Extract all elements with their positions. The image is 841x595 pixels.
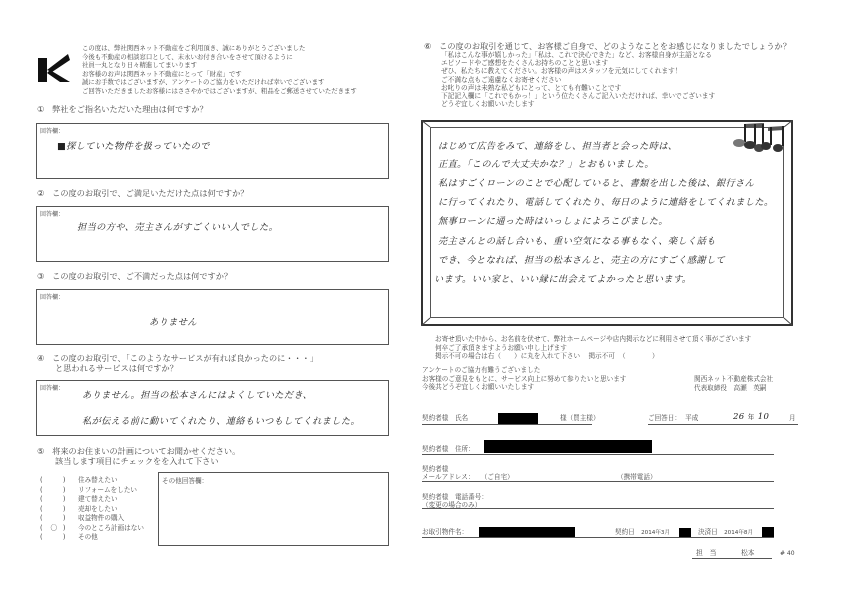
- question-text: 将来のお住まいの計画についてお聞かせください。: [52, 446, 240, 456]
- redacted-contract-day: [679, 528, 691, 537]
- question-text: この度のお取引で、ご不満だった点は何ですか？: [52, 271, 232, 281]
- optout-label: 掲示不可: [588, 352, 614, 360]
- reply-date-label: ご回答日：: [648, 414, 681, 422]
- year-unit: 年: [748, 413, 755, 421]
- option-checkbox[interactable]: ( 〇 ): [40, 522, 78, 532]
- company-logo-icon: [38, 52, 70, 82]
- intro-line: 誠にお手数ではございますが、アンケートのご協力をいただければ幸いでございます: [82, 78, 357, 87]
- question-6-body: 「私はこんな事が嬉しかった」「私は、これで決心できた」など、お客様自身が主語とな…: [441, 51, 715, 108]
- handwritten-answer: 私が伝える前に動いてくれたり、連絡もいつもしてくれました。: [82, 413, 360, 427]
- redacted-settlement-day: [762, 527, 774, 537]
- thanks-line: お客様のご意見をもとに、サービス向上に努めて参りたいと思います: [422, 375, 626, 384]
- plan-option[interactable]: ( )建て替えたい: [40, 493, 118, 503]
- intro-text: この度は、弊社関西ネット不動産をご利用頂き、誠にありがとうございました 今後も不…: [82, 44, 357, 96]
- answer-box-3[interactable]: 回答欄： ありません: [36, 289, 389, 345]
- redacted-name: [498, 413, 538, 424]
- settlement-date-value: 2014年8月: [724, 530, 753, 536]
- optout-checkbox[interactable]: （ ）: [619, 352, 659, 360]
- question-number: ①: [37, 104, 44, 114]
- name-underline: [422, 424, 592, 425]
- handwritten-answer: ありません: [149, 314, 197, 328]
- staff-underline: [692, 558, 772, 559]
- name-label: 契約者様 氏名: [422, 414, 468, 423]
- answer-label: 回答欄：: [40, 126, 64, 135]
- handwritten-line: 売主さんとの話し合いも、重い空気になる事もなく、楽しく話も: [438, 233, 716, 247]
- thanks-text: アンケートのご協力有難うございました お客様のご意見をもとに、サービス向上に努め…: [422, 366, 626, 392]
- redacted-address: [484, 440, 652, 453]
- plan-option[interactable]: ( )収益物件の購入: [40, 512, 124, 522]
- question-text: この度のお取引で、「このようなサービスが有れば良かったのに・・・」: [52, 353, 318, 363]
- handwritten-line: 私はすごくローンのことで心配していると、書類を出した後は、銀行さん: [438, 175, 754, 189]
- q6-line: ご不満な点もご遠慮なくお寄せください: [441, 76, 715, 84]
- era: 平成: [685, 414, 698, 422]
- answer-box-1[interactable]: 回答欄： ■探していた物件を扱っていたので: [36, 123, 389, 179]
- question-number: ②: [37, 188, 44, 198]
- address-underline: [422, 454, 774, 455]
- handwritten-line: 無事ローンに通った時はいっしょによろこびました。: [438, 213, 668, 227]
- handwritten-line: 正直。「このんで大丈夫かな？」とおもいました。: [438, 156, 654, 170]
- permission-line: 何卒ご了承頂きますようお願い申し上げます: [435, 344, 751, 353]
- answer-label: 回答欄：: [40, 383, 64, 392]
- other-answer-label: その他回答欄：: [162, 475, 208, 485]
- answer-box-2[interactable]: 回答欄： 担当の方や、売主さんがすごくいい人でした。: [36, 206, 389, 262]
- date-underline: [648, 424, 798, 425]
- handwritten-line: でき、今となれば、担当の松本さんと、売主の方にすごく感謝して: [438, 252, 725, 266]
- q6-line: お叱りの声は未熟な私どもにとって、とても有難いことです: [441, 84, 715, 92]
- company-signature: 関西ネット不動産株式会社 代表取締役 高瀬 英嗣: [694, 375, 773, 392]
- plan-option[interactable]: ( )売却をしたい: [40, 503, 118, 513]
- redacted-property: [479, 527, 575, 537]
- question-number: ⑥: [424, 41, 431, 51]
- handwritten-answer: ■探していた物件を扱っていたので: [57, 138, 210, 152]
- handwritten-line: います。いい家と、いい縁に出会えてよかったと思います。: [434, 271, 691, 285]
- other-answer-box[interactable]: その他回答欄：: [158, 472, 389, 546]
- q6-line: どうぞ宜しくお願いいたします: [441, 100, 715, 108]
- intro-line: この度は、弊社関西ネット不動産をご利用頂き、誠にありがとうございました: [82, 44, 357, 53]
- phone-label-1: 契約者様 電話番号：: [422, 493, 488, 501]
- question-number: ④: [37, 353, 44, 363]
- permission-line: お寄せ頂いた中から、お名前を伏せて、弊社ホームページや店内掲示などに利用させて頂…: [435, 335, 751, 344]
- settlement-label: 決済日: [698, 528, 718, 536]
- email-label: 契約者様 メールアドレス： （ご自宅）: [422, 465, 514, 481]
- question-text: この度のお取引で、ご満足いただけた点は何ですか？: [52, 188, 248, 198]
- q6-line: 下記記入欄に「これでもかっ！」という位たくさんご記入いただければ、幸いでございま…: [441, 92, 715, 100]
- question-3: ③ この度のお取引で、ご不満だった点は何ですか？: [37, 271, 232, 281]
- property-underline: [422, 537, 774, 538]
- question-number: ③: [37, 271, 44, 281]
- name-suffix: 様（買主様）: [560, 414, 600, 423]
- question-4: ④ この度のお取引で、「このようなサービスが有れば良かったのに・・・」: [37, 353, 318, 363]
- thanks-line: アンケートのご協力有難うございました: [422, 366, 626, 375]
- plan-option[interactable]: ( )その他: [40, 531, 98, 541]
- question-text-cont: 該当します項目にチェックをを入れて下さい: [55, 456, 219, 466]
- circle-check-icon: 〇: [47, 522, 61, 532]
- representative-name: 代表取締役 高瀬 英嗣: [694, 384, 773, 393]
- reply-date-value[interactable]: 26 年 10: [733, 412, 769, 422]
- intro-line: 今後も不動産の相談窓口として、末永いお付き合いをさせて頂けるように: [82, 53, 357, 62]
- q6-line: ぜひ、私たちに教えてください。お客様の声はスタッフを元気にしてくれます！: [441, 67, 715, 75]
- document-number: # 40: [780, 550, 795, 559]
- email-label-2: メールアドレス：: [422, 473, 474, 481]
- plan-option[interactable]: ( 〇 )今のところ計画はない: [40, 522, 144, 532]
- month-unit: 月: [789, 414, 796, 423]
- company-name: 関西ネット不動産株式会社: [694, 375, 773, 384]
- contract-date-label: 契約日: [615, 528, 635, 536]
- answer-box-4[interactable]: 回答欄： ありません。担当の松本さんにはよくしていただき、 私が伝える前に動いて…: [36, 380, 389, 436]
- email-underline: [422, 481, 774, 482]
- reply-year: 26: [733, 412, 745, 422]
- question-number: ⑤: [37, 446, 44, 456]
- handwritten-answer: 担当の方や、売主さんがすごくいい人でした。: [77, 219, 278, 233]
- q6-line: 「私はこんな事が嬉しかった」「私は、これで決心できた」など、お客様自身が主語とな…: [441, 51, 715, 59]
- option-checkbox[interactable]: ( ): [40, 533, 78, 541]
- question-text: 弊社をご指名いただいた理由は何ですか？: [52, 104, 208, 114]
- answer-label: 回答欄：: [40, 292, 64, 301]
- question-text: この度のお取引を通じて、お客様ご自身で、どのようなことをお感じになりましたでしょ…: [439, 41, 791, 51]
- optout-instruction: 掲示不可の場合は右（ ）に丸を入れて下さい: [435, 352, 580, 360]
- intro-line: ご回答いただきましたお客様にはささやかではございますが、粗品をご郵送させていただ…: [82, 87, 357, 96]
- answer-label: 回答欄：: [40, 209, 64, 218]
- question-text-cont: と思われるサービスは何ですか？: [55, 363, 178, 373]
- music-notes-icon: [730, 121, 788, 153]
- handwritten-answer: ありません。担当の松本さんにはよくしていただき、: [82, 387, 312, 401]
- thanks-line: 今後共どうぞ宜しくお願いいたします: [422, 383, 626, 392]
- question-6: ⑥ この度のお取引を通じて、お客様ご自身で、どのようなことをお感じになりましたで…: [424, 41, 791, 51]
- property-label: お取引物件名：: [422, 528, 468, 537]
- reply-date: ご回答日： 平成: [648, 414, 698, 423]
- email-home-label: （ご自宅）: [481, 473, 514, 481]
- staff-name: 松本: [741, 549, 755, 558]
- plan-option[interactable]: ( )住み替えたい: [40, 474, 118, 484]
- handwritten-line: はじめて広告をみて、連絡をし、担当者と会った時は、: [438, 138, 678, 152]
- phone-underline: [422, 508, 774, 509]
- staff-label: 担 当: [696, 549, 716, 558]
- address-label: 契約者様 住所：: [422, 445, 475, 454]
- plan-option[interactable]: ( )リフォームをしたい: [40, 484, 137, 494]
- permission-notice: お寄せ頂いた中から、お名前を伏せて、弊社ホームページや店内掲示などに利用させて頂…: [435, 335, 751, 361]
- question-1: ① 弊社をご指名いただいた理由は何ですか？: [37, 104, 208, 114]
- phone-label: 契約者様 電話番号： （変更の場合のみ）: [422, 493, 488, 509]
- reply-month: 10: [758, 412, 770, 422]
- email-label-1: 契約者様: [422, 465, 514, 473]
- question-2: ② この度のお取引で、ご満足いただけた点は何ですか？: [37, 188, 249, 198]
- handwritten-line: に行ってくれたり、電話してくれたり、毎日のように連絡をしてくれました。: [438, 194, 774, 208]
- option-label: その他: [78, 533, 98, 541]
- question-5: ⑤ 将来のお住まいの計画についてお聞かせください。: [37, 446, 240, 456]
- contract-date-value: 2014年3月: [641, 530, 670, 536]
- intro-line: 社員一丸となり日々精進してまいります: [82, 61, 357, 70]
